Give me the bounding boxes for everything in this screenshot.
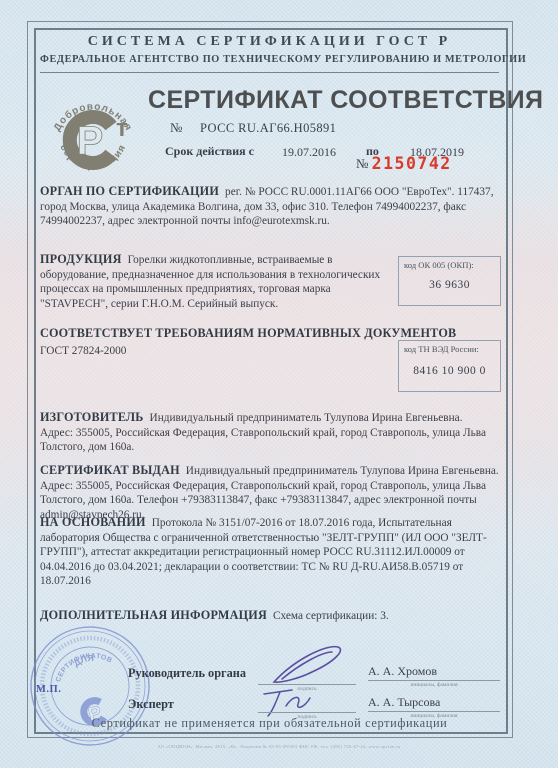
valid-from-date: 19.07.2016 — [282, 145, 336, 160]
cert-number-label: № — [170, 120, 182, 136]
section-certification-body: ОРГАН ПО СЕРТИФИКАЦИИрег. № РОСС RU.0001… — [40, 184, 502, 229]
okp-code-label: код ОК 005 (ОКП): — [404, 260, 495, 270]
stamp-text-line2: СЕРТИФИКАТОВ — [50, 647, 116, 684]
section-label: ОРГАН ПО СЕРТИФИКАЦИИ — [40, 184, 219, 198]
head-role-label: Руководитель органа — [128, 666, 246, 681]
holder-name: Индивидуальный предприниматель Тулупова … — [186, 465, 499, 477]
section-label: ПРОДУКЦИЯ — [40, 252, 122, 266]
section-basis: НА ОСНОВАНИИПротокола № 3151/07-2016 от … — [40, 515, 502, 589]
form-number-row: № 2150742 — [356, 154, 452, 173]
document-title: СЕРТИФИКАТ СООТВЕТСТВИЯ — [148, 86, 504, 115]
tnved-code-value: 8416 10 900 0 — [404, 365, 495, 377]
agency-title: ФЕДЕРАЛЬНОЕ АГЕНТСТВО ПО ТЕХНИЧЕСКОМУ РЕ… — [40, 54, 499, 65]
voluntary-note: Сертификат не применяется при обязательн… — [40, 716, 499, 731]
logo-letter-p: Р — [77, 119, 104, 163]
svg-text:СЕРТИФИКАТОВ: СЕРТИФИКАТОВ — [50, 647, 116, 684]
okp-code-value: 36 9630 — [404, 279, 495, 291]
okp-code-box: код ОК 005 (ОКП): 36 9630 — [398, 256, 501, 306]
expert-name: А. А. Тырсова — [368, 695, 440, 710]
expert-role-label: Эксперт — [128, 697, 174, 712]
section-label: НА ОСНОВАНИИ — [40, 515, 146, 529]
certificate-page: СИСТЕМА СЕРТИФИКАЦИИ ГОСТ Р ФЕДЕРАЛЬНОЕ … — [0, 0, 558, 768]
stamp-place-label: М.П. — [36, 684, 61, 695]
head-name: А. А. Хромов — [368, 664, 437, 679]
name-caption: инициалы, фамилия — [410, 682, 457, 688]
section-label: ИЗГОТОВИТЕЛЬ — [40, 410, 144, 424]
form-number-value: 2150742 — [372, 154, 452, 173]
section-label: СООТВЕТСТВУЕТ ТРЕБОВАНИЯМ НОРМАТИВНЫХ ДО… — [40, 326, 456, 340]
rst-certification-mark-icon: Р т Добровольная сертификация — [40, 84, 146, 182]
head-name-line: инициалы, фамилия — [368, 680, 500, 688]
cert-number-value: РОСС RU.АГ66.Н05891 — [200, 121, 336, 136]
section-issued-to: СЕРТИФИКАТ ВЫДАНИндивидуальный предприни… — [40, 463, 502, 522]
manufacturer-name: Индивидуальный предприниматель Тулупова … — [150, 412, 463, 424]
validity-label: Срок действия с — [165, 144, 254, 159]
printing-house-imprint: АО «ОПЦИОН», Москва, 2015, «В». Лицензия… — [0, 744, 558, 749]
signature-caption: подпись — [297, 686, 316, 692]
form-number-label: № — [356, 156, 368, 171]
section-text: Схема сертификации: 3. — [273, 610, 389, 622]
tnved-code-box: код ТН ВЭД России: 8416 10 900 0 — [398, 340, 501, 392]
tnved-code-label: код ТН ВЭД России: — [404, 344, 495, 354]
head-signature-line: подпись — [258, 684, 356, 692]
section-manufacturer: ИЗГОТОВИТЕЛЬИндивидуальный предпринимате… — [40, 410, 502, 455]
certificate-header: СИСТЕМА СЕРТИФИКАЦИИ ГОСТ Р ФЕДЕРАЛЬНОЕ … — [40, 34, 499, 73]
manufacturer-address: Адрес: 355005, Российская Федерация, Ста… — [40, 427, 486, 454]
system-title: СИСТЕМА СЕРТИФИКАЦИИ ГОСТ Р — [40, 34, 499, 50]
section-label: СЕРТИФИКАТ ВЫДАН — [40, 463, 180, 477]
section-product: ПРОДУКЦИЯГорелки жидкотопливные, встраив… — [40, 252, 398, 311]
